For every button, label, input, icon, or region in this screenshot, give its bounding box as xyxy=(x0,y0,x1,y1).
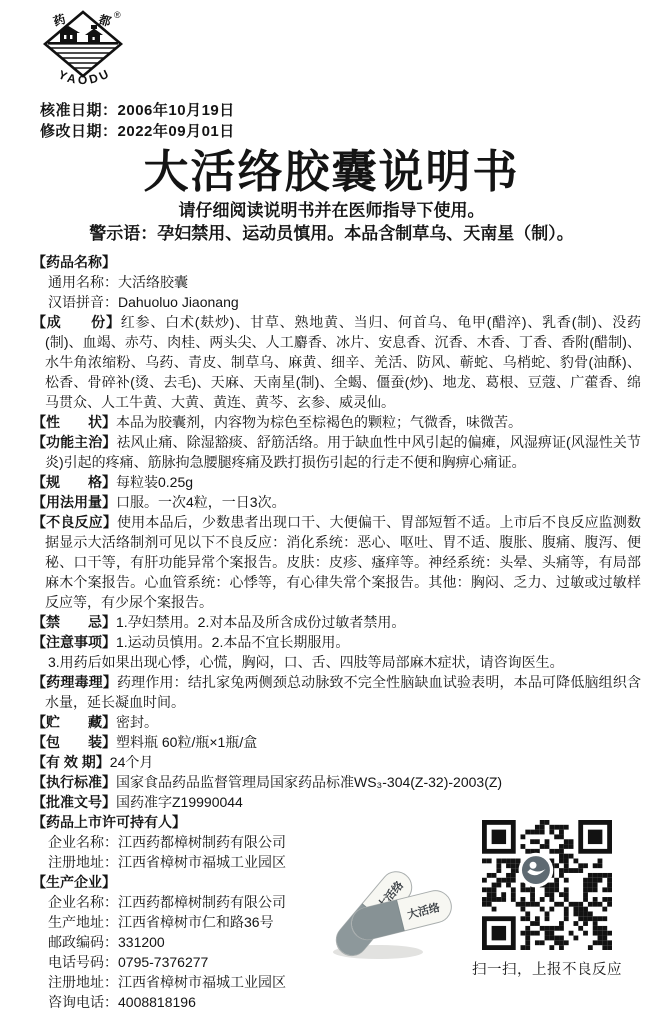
section-content: 红参、白术(麸炒)、甘草、熟地黄、当归、何首乌、龟甲(醋淬)、乳香(制)、没药(… xyxy=(45,314,641,410)
section-content: 密封。 xyxy=(116,714,158,730)
qr-code xyxy=(479,820,615,950)
section-content: 1.运动员慎用。2.本品不宜长期服用。 xyxy=(116,634,349,650)
approval-date-value: 2006年10月19日 xyxy=(118,102,235,119)
section-content: 1.孕妇禁用。2.对本品及所含成份过敏者禁用。 xyxy=(116,614,405,630)
date-block: 核准日期：2006年10月19日 修改日期：2022年09月01日 xyxy=(40,100,663,142)
section-row: 【贮 藏】密封。 xyxy=(32,712,641,732)
section-content: 国家食品药品监督管理局国家药品标准WS₃-304(Z-32)-2003(Z) xyxy=(116,774,502,790)
section-label: 【功能主治】 xyxy=(32,434,116,450)
section-content: 本品为胶囊剂，内容物为棕色至棕褐色的颗粒；气微香，味微苦。 xyxy=(116,414,522,430)
package-insert-page: 药 都 ® YAODU 核准日期：2006年10月19日 修改日期：2022年0… xyxy=(0,0,663,1024)
section-label: 【药品上市许可持有人】 xyxy=(32,814,186,830)
section-subline: 汉语拼音：Dahuoluo Jiaonang xyxy=(32,292,641,312)
section-content: 药理作用：结扎家兔两侧颈总动脉致不完全性脑缺血试验表明，本品可降低脑组织含水量，… xyxy=(45,674,641,710)
section-row: 【禁 忌】1.孕妇禁用。2.对本品及所含成份过敏者禁用。 xyxy=(32,612,641,632)
section-row: 【成 份】红参、白术(麸炒)、甘草、熟地黄、当归、何首乌、龟甲(醋淬)、乳香(制… xyxy=(32,312,641,412)
section-label: 【药理毒理】 xyxy=(32,674,117,690)
usage-notice: 请仔细阅读说明书并在医师指导下使用。 xyxy=(0,201,663,221)
section-row: 【有 效 期】24个月 xyxy=(32,752,641,772)
section-label: 【注意事项】 xyxy=(32,634,116,650)
section-subline: 咨询电话：4008818196 xyxy=(32,992,641,1012)
section-row: 【性 状】本品为胶囊剂，内容物为棕色至棕褐色的颗粒；气微香，味微苦。 xyxy=(32,412,641,432)
section-label: 【不良反应】 xyxy=(32,514,117,530)
section-subline: 3.用药后如果出现心悸，心慌，胸闷，口、舌、四肢等局部麻木症状，请咨询医生。 xyxy=(32,652,641,672)
capsule-photo-image: 大活络 大活络 xyxy=(318,850,458,965)
page-title: 大活络胶囊说明书 xyxy=(0,146,663,198)
section-content: 使用本品后，少数患者出现口干、大便偏干、胃部短暂不适。上市后不良反应监测数据显示… xyxy=(45,514,641,610)
section-label: 【规 格】 xyxy=(32,474,116,490)
qr-block: 扫一扫，上报不良反应 xyxy=(472,820,622,979)
section-content: 祛风止痛、除湿豁痰、舒筋活络。用于缺血性中风引起的偏瘫，风湿痹证(风湿性关节炎)… xyxy=(45,434,641,470)
section-row: 【药品名称】 xyxy=(32,252,641,272)
section-content: 国药准字Z19990044 xyxy=(116,794,243,810)
section-label: 【贮 藏】 xyxy=(32,714,116,730)
qr-caption: 扫一扫，上报不良反应 xyxy=(472,958,622,979)
warning-statement: 警示语：孕妇禁用、运动员慎用。本品含制草乌、天南星（制）。 xyxy=(0,224,663,244)
section-label: 【禁 忌】 xyxy=(32,614,116,630)
revision-date-value: 2022年09月01日 xyxy=(118,123,235,140)
section-subline: 通用名称：大活络胶囊 xyxy=(32,272,641,292)
registered-mark: ® xyxy=(114,10,121,20)
section-row: 【用法用量】口服。一次4粒，一日3次。 xyxy=(32,492,641,512)
section-label: 【批准文号】 xyxy=(32,794,116,810)
revision-date: 修改日期：2022年09月01日 xyxy=(40,121,663,142)
section-row: 【注意事项】1.运动员慎用。2.本品不宜长期服用。 xyxy=(32,632,641,652)
section-row: 【包 装】塑料瓶 60粒/瓶×1瓶/盒 xyxy=(32,732,641,752)
yaodu-logo-icon: 药 都 ® YAODU xyxy=(40,8,126,98)
section-row: 【药理毒理】药理作用：结扎家兔两侧颈总动脉致不完全性脑缺血试验表明，本品可降低脑… xyxy=(32,672,641,712)
section-row: 【功能主治】祛风止痛、除湿豁痰、舒筋活络。用于缺血性中风引起的偏瘫，风湿痹证(风… xyxy=(32,432,641,472)
revision-date-label: 修改日期： xyxy=(40,123,118,140)
section-row: 【规 格】每粒装0.25g xyxy=(32,472,641,492)
approval-date: 核准日期：2006年10月19日 xyxy=(40,100,663,121)
section-label: 【包 装】 xyxy=(32,734,116,750)
section-label: 【成 份】 xyxy=(32,314,121,330)
capsule-photo: 大活络 大活络 xyxy=(318,850,458,965)
section-label: 【用法用量】 xyxy=(32,494,116,510)
section-content: 塑料瓶 60粒/瓶×1瓶/盒 xyxy=(116,734,257,750)
section-label: 【药品名称】 xyxy=(32,254,116,270)
section-content: 每粒装0.25g xyxy=(116,474,193,490)
section-label: 【性 状】 xyxy=(32,414,116,430)
yaodu-logo: 药 都 ® YAODU xyxy=(40,8,126,98)
section-row: 【批准文号】国药准字Z19990044 xyxy=(32,792,641,812)
section-row: 【执行标准】国家食品药品监督管理局国家药品标准WS₃-304(Z-32)-200… xyxy=(32,772,641,792)
section-label: 【有 效 期】 xyxy=(32,754,110,770)
approval-date-label: 核准日期： xyxy=(40,102,118,119)
section-row: 【不良反应】使用本品后，少数患者出现口干、大便偏干、胃部短暂不适。上市后不良反应… xyxy=(32,512,641,612)
section-label: 【生产企业】 xyxy=(32,874,116,890)
section-label: 【执行标准】 xyxy=(32,774,116,790)
section-content: 24个月 xyxy=(110,754,154,770)
section-content: 口服。一次4粒，一日3次。 xyxy=(116,494,286,510)
